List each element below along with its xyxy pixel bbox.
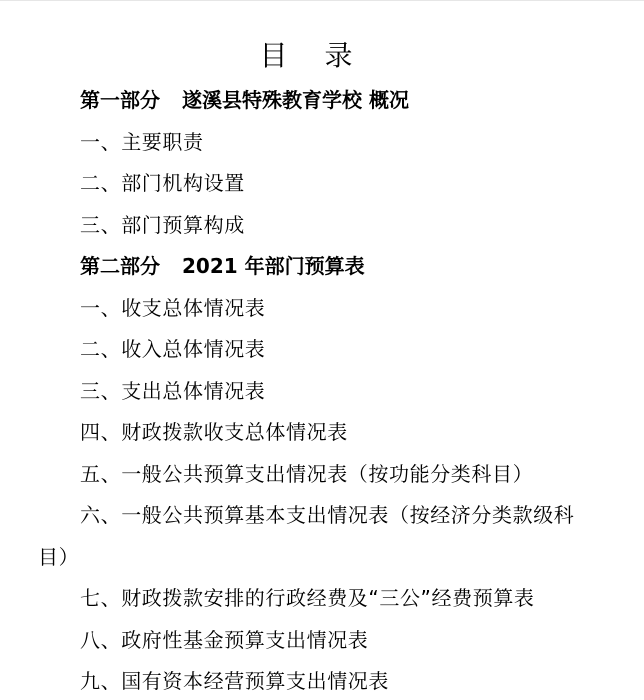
toc-item-continuation[interactable]: 目）	[38, 539, 628, 581]
toc-item[interactable]: 三、支出总体情况表	[38, 373, 628, 415]
toc-item[interactable]: 四、财政拨款收支总体情况表	[38, 414, 628, 456]
toc-item[interactable]: 七、财政拨款安排的行政经费及“三公”经费预算表	[38, 580, 628, 622]
table-of-contents: 第一部分遂溪县特殊教育学校 概况 一、主要职责 二、部门机构设置 三、部门预算构…	[38, 82, 628, 700]
part-1-name: 遂溪县特殊教育学校 概况	[182, 88, 409, 112]
part-2-name: 2021 年部门预算表	[182, 254, 365, 278]
toc-item[interactable]: 二、收入总体情况表	[38, 331, 628, 373]
toc-item[interactable]: 一、主要职责	[38, 124, 628, 166]
toc-item[interactable]: 九、国有资本经营预算支出情况表	[38, 663, 628, 700]
toc-item[interactable]: 八、政府性基金预算支出情况表	[38, 622, 628, 664]
toc-part-2-heading[interactable]: 第二部分2021 年部门预算表	[38, 248, 628, 290]
toc-item[interactable]: 六、一般公共预算基本支出情况表（按经济分类款级科	[38, 497, 628, 539]
toc-title: 目 录	[0, 38, 626, 74]
toc-item[interactable]: 三、部门预算构成	[38, 207, 628, 249]
page-top-border	[0, 0, 644, 1]
toc-item[interactable]: 五、一般公共预算支出情况表（按功能分类科目）	[38, 456, 628, 498]
toc-item[interactable]: 一、收支总体情况表	[38, 290, 628, 332]
toc-part-1-heading[interactable]: 第一部分遂溪县特殊教育学校 概况	[38, 82, 628, 124]
part-1-label: 第一部分	[80, 88, 160, 112]
part-2-label: 第二部分	[80, 254, 160, 278]
toc-item[interactable]: 二、部门机构设置	[38, 165, 628, 207]
